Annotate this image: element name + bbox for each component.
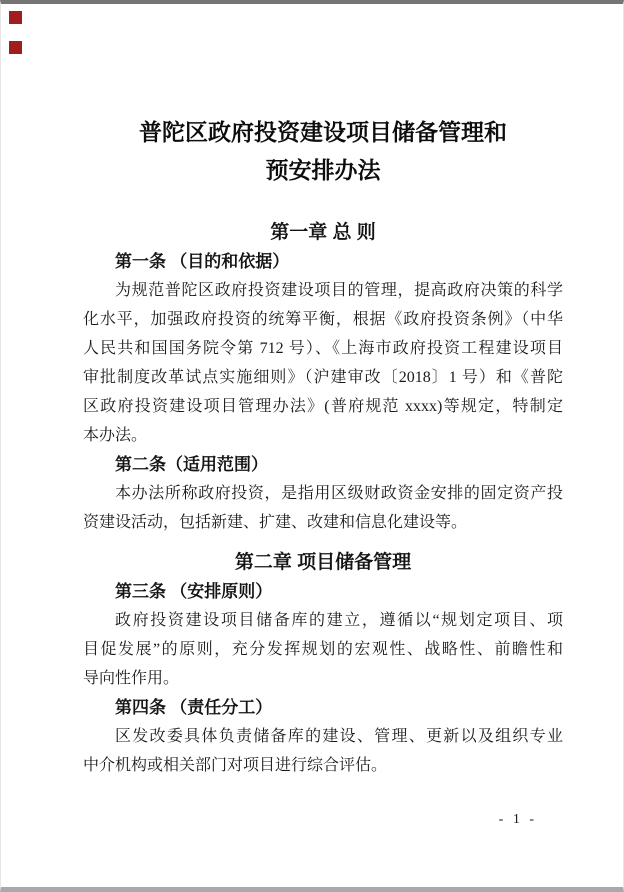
article-heading: 第三条 （安排原则） [83,577,563,606]
body-text-line: 为规范普陀区政府投资建设项目的管理，提高政府决策的科学 [83,276,563,305]
body-text-line: 中介机构或相关部门对项目进行综合评估。 [83,751,563,780]
chapter-heading: 第二章 项目储备管理 [83,548,563,577]
article-heading: 第一条 （目的和依据） [83,247,563,276]
page-number: - 1 - [83,812,563,828]
red-square-marker [9,41,22,54]
red-square-marker [9,11,22,24]
document-column: 普陀区政府投资建设项目储备管理和 预安排办法 第一章 总 则第一条 （目的和依据… [83,4,563,780]
body-text-line: 化水平，加强政府投资的统筹平衡，根据《政府投资条例》（中华 [83,305,563,334]
document-title: 普陀区政府投资建设项目储备管理和 预安排办法 [83,113,563,189]
page-container: 普陀区政府投资建设项目储备管理和 预安排办法 第一章 总 则第一条 （目的和依据… [0,0,624,892]
body-text-line: 区政府投资建设项目管理办法》(普府规范 xxxx)等规定，特制定 [83,392,563,421]
article-heading: 第四条 （责任分工） [83,693,563,722]
chapter-heading: 第一章 总 则 [83,218,563,247]
body-text-line: 本办法所称政府投资，是指用区级财政资金安排的固定资产投 [83,479,563,508]
body-text-line: 目促发展”的原则，充分发挥规划的宏观性、战略性、前瞻性和 [83,635,563,664]
body-text-line: 本办法。 [83,421,563,450]
document-body: 第一章 总 则第一条 （目的和依据）为规范普陀区政府投资建设项目的管理，提高政府… [83,218,563,780]
title-line-1: 普陀区政府投资建设项目储备管理和 [83,113,563,151]
body-text-line: 区发改委具体负责储备库的建设、管理、更新以及组织专业 [83,722,563,751]
body-text-line: 人民共和国国务院令第 712 号）、《上海市政府投资工程建设项目 [83,334,563,363]
body-text-line: 政府投资建设项目储备库的建立，遵循以“规划定项目、项 [83,606,563,635]
body-text-line: 审批制度改革试点实施细则》（沪建审改〔2018〕1 号）和《普陀 [83,363,563,392]
article-heading: 第二条（适用范围） [83,450,563,479]
body-text-line: 资建设活动，包括新建、扩建、改建和信息化建设等。 [83,508,563,537]
body-text-line: 导向性作用。 [83,664,563,693]
title-line-2: 预安排办法 [83,151,563,189]
